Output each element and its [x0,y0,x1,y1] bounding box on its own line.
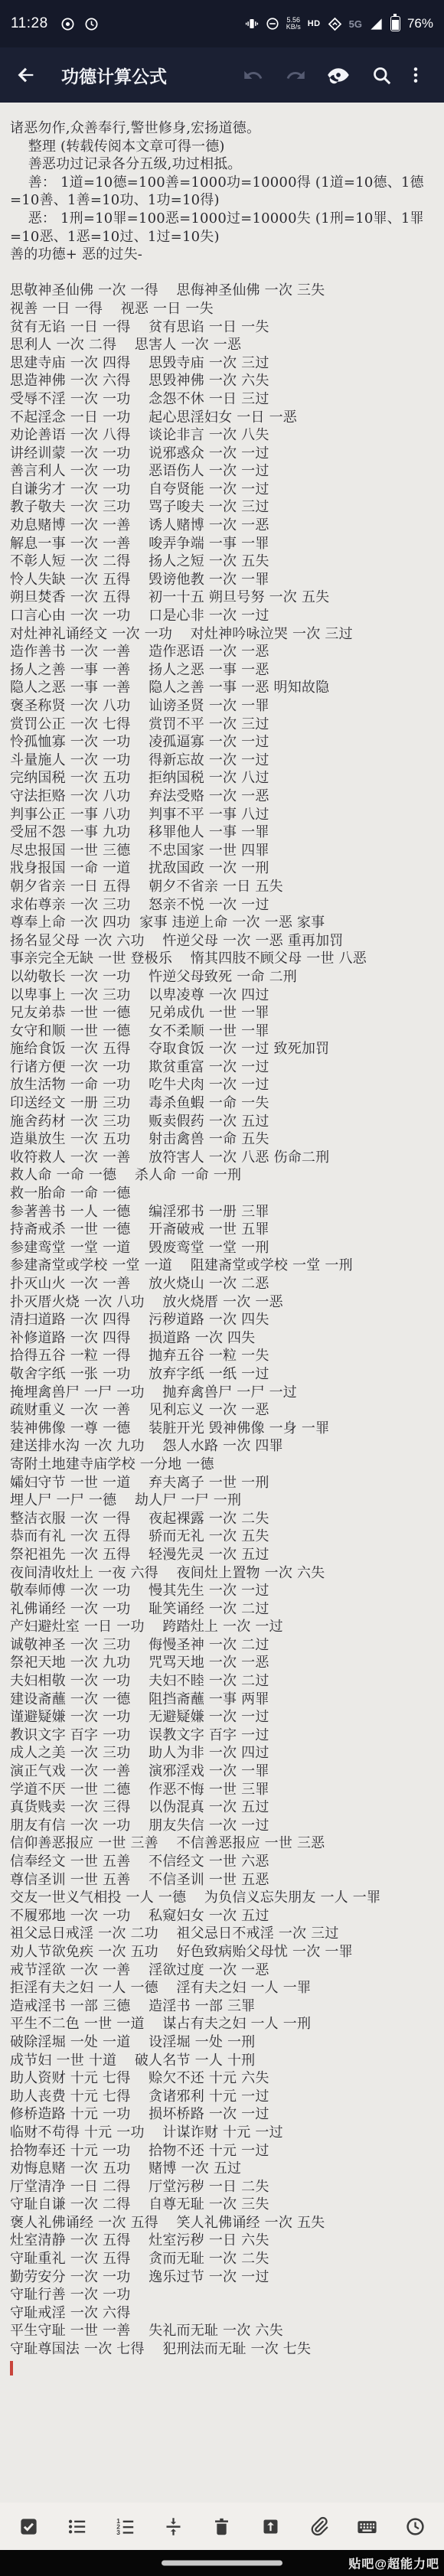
text-line: 施给食饭 一次 五得 夺取食饭 一次 一过 致死加罚 [10,1040,438,1058]
numbered-list-icon: 123 [115,2516,135,2537]
gesture-pill[interactable] [162,2561,282,2566]
text-line: 思敬神圣仙佛 一次 一得 思侮神圣仙佛 一次 三失 [10,282,438,300]
text-line: 受屈不怨 一事 九功 移罪他人 一事 一罪 [10,823,438,842]
text-line: 贫有无谄 一日 一得 贫有思谄 一日 一失 [10,318,438,337]
text-line: 行诸方便 一次 一功 欺贫重富 一次 一过 [10,1058,438,1077]
editor-area[interactable]: 诸恶勿作,众善奉行,警世修身,宏扬道德。 整理 (转载传阅本文章可得一德) 善恶… [0,103,444,2503]
network-speed: 5.56KB/s [286,17,301,31]
text-line: 不彰人短 一次 二得 扬人之短 一次 五失 [10,553,438,571]
text-line: 施舍药材 一次 三功 贩卖假药 一次 五过 [10,1113,438,1131]
text-line: 信仰善恶报应 一世 三善 不信善恶报应 一世 三恶 [10,1834,438,1853]
text-line: 受辱不淫 一次 一功 念怨不休 一日 三过 [10,390,438,409]
screen-record-icon [60,17,75,31]
text-line [10,264,438,282]
text-line: 临财不苟得 十元 一功 计谋诈财 十元 一过 [10,2124,438,2142]
text-line: 怜人失缺 一次 五得 毁谤他教 一次 一罪 [10,571,438,589]
numbered-list-button[interactable]: 123 [107,2508,144,2545]
data-saver-icon [328,17,342,31]
text-line: 救一胎命 一命 一德 [10,1185,438,1203]
search-button[interactable] [360,65,403,86]
undo-icon [243,65,263,86]
text-line: 守耻戒淫 一次 六得 [10,2304,438,2323]
delete-button[interactable] [204,2508,240,2545]
watermark-text: 贴吧@超能力吧 [348,2555,439,2572]
text-line: 劝息赌博 一次 一善 诱人赌博 一次 一恶 [10,517,438,535]
text-line: 朋友有信 一次 一功 朋友失信 一次 一过 [10,1817,438,1835]
text-line: 劝悔息赌 一次 五功 赌博 一次 五过 [10,2160,438,2178]
page-title: 功德计算公式 [61,63,167,88]
signal-icon [369,17,384,31]
text-line: 祭祀天地 一次 九功 咒骂天地 一次 一恶 [10,1654,438,1672]
text-line: 解息一事 一次 一善 唆弄争端 一事 一罪 [10,535,438,553]
text-line: 教识文字 百字 一功 误教文字 百字 一过 [10,1727,438,1745]
text-line: 成人之美 一次 三功 助人为非 一次 四过 [10,1744,438,1762]
text-line: 参建鸾堂 一堂 一道 毁废鸾堂 一堂 一刑 [10,1239,438,1257]
text-line: 成节妇 一世 十道 破人名节 一人 十刑 [10,2052,438,2070]
text-line: 守耻行善 一次 一功 [10,2286,438,2304]
battery-icon [390,16,400,31]
text-line: 诸恶勿作,众善奉行,警世修身,宏扬道德。 [10,119,438,138]
overflow-menu-icon [406,65,426,85]
history-button[interactable] [397,2508,433,2545]
network-type-label: 5G [349,18,362,30]
eye-icon [327,64,350,86]
text-line: 夫妇相敬 一次 一功 夫妇不睦 一次 二过 [10,1672,438,1691]
text-line: 助人资财 十元 七得 赊欠不还 十元 六失 [10,2069,438,2088]
navigation-bar: 贴吧@超能力吧 [0,2550,444,2576]
document-body: 诸恶勿作,众善奉行,警世修身,宏扬道德。 整理 (转载传阅本文章可得一德) 善恶… [10,119,438,2359]
vibrate-icon [245,17,259,31]
text-line: 破除淫堀 一处 一道 设淫堀 一处 一刑 [10,2033,438,2052]
text-line: 诚敬神圣 一次 三功 侮慢圣神 一次 二过 [10,1636,438,1655]
bullet-list-button[interactable] [59,2508,96,2545]
text-line: 善的功德+ 恶的过失- [10,246,438,264]
text-line: 放生活物 一命 一功 吃牛犬肉 一次 一过 [10,1076,438,1094]
trash-icon [211,2516,232,2537]
text-line: 参建斋堂或学校 一堂 一道 阻建斋堂或学校 一堂 一刑 [10,1257,438,1275]
text-line: 整理 (转载传阅本文章可得一德) [10,138,438,156]
text-line: 守法拒赂 一次 八功 弃法受赂 一次 一恶 [10,787,438,806]
text-line: 参著善书 一人 一德 编淫邪书 一册 三罪 [10,1203,438,1221]
text-line: 持斋戒杀 一世 一德 开斋破戒 一世 五罪 [10,1221,438,1239]
edit-toolbar: 123 [0,2503,444,2550]
text-line: 厅堂清净 一日 二得 厅堂污秽 一日 二失 [10,2178,438,2196]
text-line: 讲经训蒙 一次 一功 说邪惑众 一次 一过 [10,445,438,463]
hd-icon: HD [308,19,321,28]
history-icon [405,2516,426,2537]
text-line: 思利人 一次 二得 思害人 一次 一恶 [10,336,438,354]
text-line: 善： 1道=10德=100善=1000功=10000得 (1道=10德、1德 [10,174,438,192]
text-line: 朝夕省亲 一日 五得 朝夕不省亲 一日 五失 [10,878,438,896]
text-line: 思造神佛 一次 六得 思毁神佛 一次 六失 [10,372,438,390]
do-not-disturb-icon [266,17,279,31]
text-line: 善恶功过记录各分五级,功过相抵。 [10,155,438,174]
checkbox-button[interactable] [11,2508,47,2545]
text-line: 疏财重义 一次 一善 见利忘义 一次 一恶 [10,1401,438,1420]
keyboard-button[interactable] [348,2508,385,2545]
text-line: 整洁衣服 一次 一得 夜起裸露 一次 二失 [10,1510,438,1528]
text-line: 装神佛像 一尊 一德 装脏开光 毁神佛像 一身 一罪 [10,1420,438,1438]
text-line: 女守和顺 一世 一德 女不柔顺 一世 一罪 [10,1022,438,1041]
redo-button[interactable] [274,65,317,86]
text-line: 敬舍字纸 一张 一功 放弃字纸 一纸 一过 [10,1365,438,1384]
text-line: 口言心由 一次 一功 口是心非 一次 一过 [10,607,438,625]
line-spacing-button[interactable] [155,2508,192,2545]
text-line: 拾物奉还 十元 一功 拾物不还 十元 一过 [10,2142,438,2160]
phone-screen: 11:28 5.56KB/s HD 5G [0,0,444,2576]
text-line: =10善、1善=10功、1功=10得) [10,191,438,210]
text-line: 守耻重礼 一次 五得 贪而无耻 一次 二失 [10,2250,438,2268]
text-line: 善言利人 一次 一功 恶语伤人 一次 一过 [10,462,438,481]
checkbox-icon [18,2516,39,2537]
text-line: 劝人节欲免疾 一次 五功 好色致病贻父母忧 一次 一罪 [10,1943,438,1961]
line-spacing-icon [163,2516,184,2537]
text-line: 尊奉上命 一次 四功 家事 违逆上命 一次 一恶 家事 [10,914,438,932]
battery-percent: 76% [407,16,433,31]
text-line: 寄附土地建寺庙学校 一分地 一德 [10,1456,438,1474]
text-line: 造巢放生 一次 五功 射击禽兽 一命 五失 [10,1130,438,1149]
export-button[interactable] [252,2508,289,2545]
text-line: 不起淫念 一日 一功 起心思淫妇女 一日 一恶 [10,409,438,427]
text-line: 平生守耻 一世 一善 失礼而无耻 一次 六失 [10,2322,438,2340]
text-line: 勤劳安分 一次 一功 逸乐过节 一次 一过 [10,2268,438,2287]
text-line: 恭而有礼 一次 五得 骄而无礼 一次 五失 [10,1528,438,1546]
search-icon [371,65,392,86]
attachment-icon [309,2516,329,2537]
text-line: 平生不二色 一世 一道 谋占有夫之妇 一人 一刑 [10,2015,438,2033]
text-line: 对灶神礼诵经文 一次 一功 对灶神吟咏泣哭 一次 三过 [10,625,438,644]
back-arrow-icon [15,64,37,86]
attach-button[interactable] [300,2508,337,2545]
text-line: 劝论善语 一次 八得 谈论非言 一次 八失 [10,426,438,445]
text-line: 扬名显父母 一次 六功 忤逆父母 一次 一恶 重再加罚 [10,932,438,951]
export-icon [260,2516,281,2537]
back-button[interactable] [15,64,46,86]
text-line: 收符救人 一次 一善 放符害人 一次 八恶 伤命二刑 [10,1149,438,1167]
text-line: 隐人之恶 一事 一善 隐人之善 一事 一恶 明知故隐 [10,679,438,697]
text-line: 判事公正 一事 八功 判事不平 一事 八过 [10,806,438,824]
text-line: 造戒淫书 一部 三德 造淫书 一部 三罪 [10,1997,438,2016]
text-line: 埋人尸 一尸 一德 劫人尸 一尸 一刑 [10,1492,438,1510]
text-line: =10恶、1恶=10过、1过=10失) [10,228,438,246]
text-line: 尊信圣训 一世 五善 不信圣训 一世 五恶 [10,1871,438,1890]
text-line: 信奉经文 一世 五善 不信经文 一世 六恶 [10,1853,438,1871]
text-line: 恶： 1刑=10罪=100恶=1000过=10000失 (1刑=10罪、1罪 [10,210,438,228]
text-line: 斗量施人 一次 一功 得新忘故 一次 一过 [10,752,438,770]
text-line: 掩埋禽兽尸 一尸 一功 抛弃禽兽尸 一尸 一过 [10,1384,438,1402]
text-line: 褒人礼佛诵经 一次 五得 笑人礼佛诵经 一次 五失 [10,2214,438,2232]
text-line: 扬人之善 一事 一善 扬人之恶 一事 一恶 [10,661,438,680]
text-line: 祭祀祖先 一次 五得 轻漫先灵 一次 五过 [10,1546,438,1564]
preview-button[interactable] [317,64,360,86]
text-line: 救人命 一命 一德 杀人命 一命 一刑 [10,1166,438,1185]
keyboard-icon [356,2516,378,2538]
text-line: 印送经文 一册 三功 毒杀鱼蝦 一命 一失 [10,1094,438,1113]
text-line: 戒节淫欲 一次 一善 淫欲过度 一次 一恶 [10,1961,438,1980]
text-line: 补修道路 一次 四得 损道路 一次 四失 [10,1329,438,1348]
clock-icon [84,17,99,31]
text-line: 守耻自谦 一次 二得 自尊无耻 一次 三失 [10,2196,438,2214]
redo-icon [286,65,306,86]
text-line: 扑灭山火 一次 一善 放火烧山 一次 二恶 [10,1275,438,1293]
text-line: 礼佛诵经 一次 一功 耻笑诵经 一次 二过 [10,1600,438,1619]
text-line: 祖父忌日戒淫 一次 二功 祖父忌日不戒淫 一次 三过 [10,1925,438,1943]
text-line: 自谦劣才 一次 一功 自夸贤能 一次 一过 [10,481,438,499]
text-line: 怜孤恤寡 一次 一功 凌孤逼寡 一次 一过 [10,733,438,752]
text-line: 拒淫有夫之妇 一人 一德 淫有夫之妇 一人 一罪 [10,1979,438,1997]
text-line: 产妇避灶室 一日 一功 跨踏灶上 一次 一过 [10,1618,438,1636]
status-bar: 11:28 5.56KB/s HD 5G [0,0,444,47]
text-line: 思建寺庙 一次 四得 思毁寺庙 一次 三过 [10,354,438,373]
text-line: 建设斋蘸 一次 一德 阻挡斋蘸 一事 两罪 [10,1691,438,1709]
text-line: 戕身报国 一命 一道 扰敌国政 一次 一刑 [10,859,438,878]
text-line: 不履邪地 一次 一功 私窥妇女 一次 五过 [10,1907,438,1925]
status-left-icons [60,17,99,31]
text-line: 求佑尊亲 一次 三功 怒亲不悦 一次 一过 [10,896,438,915]
status-right-icons: 5.56KB/s HD 5G 76% [245,16,433,31]
text-line: 教子敬夫 一次 三功 骂子唆夫 一次 三过 [10,498,438,517]
text-line: 演正气戏 一次 一善 演邪淫戏 一次 一罪 [10,1762,438,1781]
cursor-line [10,2359,438,2377]
text-line: 视善 一日 一得 视恶 一日 一失 [10,300,438,318]
text-line: 完纳国税 一次 五功 拒纳国税 一次 八过 [10,769,438,787]
text-line: 事亲完全无缺 一世 登极乐 惰其四肢不顾父母 一世 八恶 [10,950,438,968]
bullet-list-icon [67,2516,87,2537]
text-line: 以幼敬长 一次 一功 忤逆父母致死 一命 二刑 [10,968,438,986]
text-line: 朔旦焚香 一次 五得 初一十五 朔旦号努 一次 五失 [10,589,438,607]
text-line: 造作善书 一次 一善 造作恶语 一次 一恶 [10,643,438,661]
text-line: 建送排水沟 一次 九功 怨人水路 一次 四罪 [10,1437,438,1456]
text-line: 以卑事上 一次 三功 以卑凌尊 一次 四过 [10,986,438,1005]
text-line: 交友一世义气相投 一人 一德 为负信义忘失朋友 一人 一罪 [10,1889,438,1907]
text-line: 灶室清静 一次 五得 灶室污秽 一日 六失 [10,2232,438,2250]
text-line: 敬奉师傅 一次 一功 慢其先生 一次 一过 [10,1582,438,1600]
text-line: 修桥造路 十元 一功 损坏桥路 一次 一过 [10,2105,438,2124]
undo-button[interactable] [231,65,274,86]
text-line: 拾得五谷 一粒 一得 抛弃五谷 一粒 一失 [10,1347,438,1365]
text-line: 赏罚公正 一次 七得 赏罚不平 一次 三过 [10,716,438,734]
app-bar: 功德计算公式 [0,47,444,103]
text-line: 尽忠报国 一世 三德 不忠国家 一世 四罪 [10,842,438,860]
status-time: 11:28 [11,15,48,32]
text-line: 清扫道路 一次 四得 污秽道路 一次 四失 [10,1311,438,1329]
text-line: 真货贱卖 一次 三得 以伪混真 一次 五过 [10,1798,438,1817]
text-line: 谨避疑嫌 一次 一功 无避疑嫌 一次 一过 [10,1708,438,1727]
text-line: 学道不厌 一世 二德 作恶不悔 一世 三罪 [10,1781,438,1799]
overflow-menu-button[interactable] [403,65,429,85]
text-line: 孀妇守节 一世 一道 弃夫离子 一世 一刑 [10,1474,438,1492]
text-line: 扑灭厝火烧 一次 八功 放火烧厝 一次 一恶 [10,1293,438,1312]
text-line: 夜间清收灶上 一夜 六得 夜间灶上置物 一次 六失 [10,1564,438,1583]
text-line: 兄友弟恭 一世 一德 兄弟成仇 一世 一罪 [10,1004,438,1022]
text-line: 褒圣称贤 一次 八功 讪谤圣贤 一次 一罪 [10,697,438,716]
text-cursor [10,2361,13,2375]
text-line: 助人丧费 十元 七得 贪诸邪利 十元 一过 [10,2088,438,2106]
svg-text:3: 3 [117,2529,121,2536]
text-line: 守耻尊国法 一次 七得 犯刑法而无耻 一次 七失 [10,2340,438,2359]
